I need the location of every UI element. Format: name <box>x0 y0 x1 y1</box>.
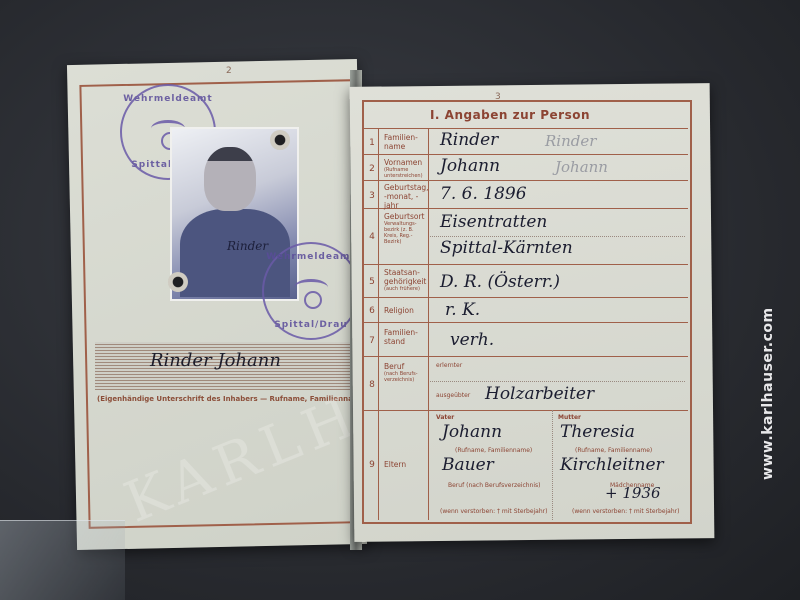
field-label-surname: Familien-name <box>384 133 428 151</box>
label-text: Vornamen <box>384 158 422 167</box>
sublabel-text: (auch frühere) <box>384 286 428 292</box>
field-number: 2 <box>366 164 378 174</box>
row-line <box>364 154 688 155</box>
father-deceased-caption: (wenn verstorben: † mit Sterbejahr) <box>440 508 547 515</box>
mother-header: Mutter <box>558 414 581 421</box>
mother-maiden-name: Kirchleitner <box>560 455 664 475</box>
photo-head <box>204 147 256 211</box>
plastic-sleeve <box>0 520 125 600</box>
sublabel-text: (Rufname unterstreichen) <box>384 167 428 179</box>
mother-name: Theresia <box>560 422 635 442</box>
field-number: 5 <box>366 277 378 287</box>
field-label-citizenship: Staatsan-gehörigkeit(auch frühere) <box>384 268 428 292</box>
stamp-top-text: Wehrmeldeamt <box>122 94 214 104</box>
eyelet-icon <box>270 130 290 150</box>
row-line <box>364 264 688 265</box>
field-label-marital-status: Familien-stand <box>384 328 428 346</box>
label-text: Staatsan-gehörigkeit <box>384 268 426 286</box>
section-title: I. Angaben zur Person <box>365 108 655 122</box>
stamp-bottom: Wehrmeldeamt Spittal/Drau <box>262 242 360 340</box>
field-value-surname: Rinder <box>440 130 498 150</box>
site-credit: www.karlhauser.com <box>760 307 776 480</box>
row-line <box>364 180 688 181</box>
field-number: 9 <box>366 460 378 470</box>
row-line <box>364 128 688 129</box>
learned-label: erlernter <box>436 362 462 369</box>
field-value-given-names: Johann <box>440 156 500 176</box>
stamp-top-text: Wehrmeldeamt <box>264 252 358 262</box>
field-number: 7 <box>366 336 378 346</box>
label-text: Beruf <box>384 362 404 371</box>
row-line <box>364 322 688 323</box>
father-occupation-caption: Beruf (nach Berufsverzeichnis) <box>448 482 541 489</box>
sublabel-text: (nach Berufs-verzeichnis) <box>384 371 428 383</box>
father-header: Vater <box>436 414 454 421</box>
field-number: 3 <box>366 191 378 201</box>
label-text: Geburtsort <box>384 212 425 221</box>
mother-name-caption: (Rufname, Familienname) <box>575 447 652 454</box>
field-label-religion: Religion <box>384 306 428 315</box>
field-number: 1 <box>366 138 378 148</box>
field-value-marital-status: verh. <box>450 330 494 350</box>
photo-signature: Rinder <box>227 239 268 253</box>
page-number-left: 2 <box>226 66 232 76</box>
seal-center-icon <box>304 291 322 309</box>
field-value-religion: r. K. <box>445 300 480 320</box>
row-line <box>364 356 688 357</box>
dotted-line <box>430 381 685 382</box>
field-value-citizenship: D. R. (Österr.) <box>440 272 560 292</box>
field-ghost-given-names: Johann <box>555 158 608 176</box>
field-value-district: Spittal-Kärnten <box>440 238 573 258</box>
father-name: Johann <box>442 422 502 442</box>
field-value-birthplace: Eisentratten <box>440 212 547 232</box>
father-name-caption: (Rufname, Familienname) <box>455 447 532 454</box>
page-number-right: 3 <box>495 92 501 102</box>
field-label-parents: Eltern <box>384 460 428 469</box>
field-label-given-names: Vornamen(Rufname unterstreichen) <box>384 158 428 179</box>
column-divider <box>378 128 379 520</box>
sublabel-text: Verwaltungs-bezirk (z. B. Kreis, Reg.-Be… <box>384 221 428 245</box>
mother-deceased-caption: (wenn verstorben: † mit Sterbejahr) <box>572 508 679 515</box>
stamp-bottom-text: Spittal/Drau <box>264 320 358 330</box>
row-line <box>364 410 688 411</box>
field-label-birthplace: GeburtsortVerwaltungs-bezirk (z. B. Krei… <box>384 212 428 245</box>
field-label-birthdate: Geburtstag, -monat, -jahr <box>384 183 428 210</box>
row-line <box>364 297 688 298</box>
field-value-birthdate: 7. 6. 1896 <box>440 184 527 204</box>
field-label-occupation: Beruf(nach Berufs-verzeichnis) <box>384 362 428 383</box>
mother-deceased: + 1936 <box>605 484 661 502</box>
father-occupation: Bauer <box>442 455 494 475</box>
holder-signature: Rinder Johann <box>150 350 281 371</box>
practiced-label: ausgeübter <box>436 392 470 399</box>
dotted-line <box>430 236 685 237</box>
field-ghost-surname: Rinder <box>545 132 596 150</box>
parents-divider <box>552 410 553 520</box>
field-number: 6 <box>366 306 378 316</box>
field-number: 4 <box>366 232 378 242</box>
eyelet-icon <box>168 272 188 292</box>
field-number: 8 <box>366 380 378 390</box>
field-value-occupation: Holzarbeiter <box>485 384 594 404</box>
